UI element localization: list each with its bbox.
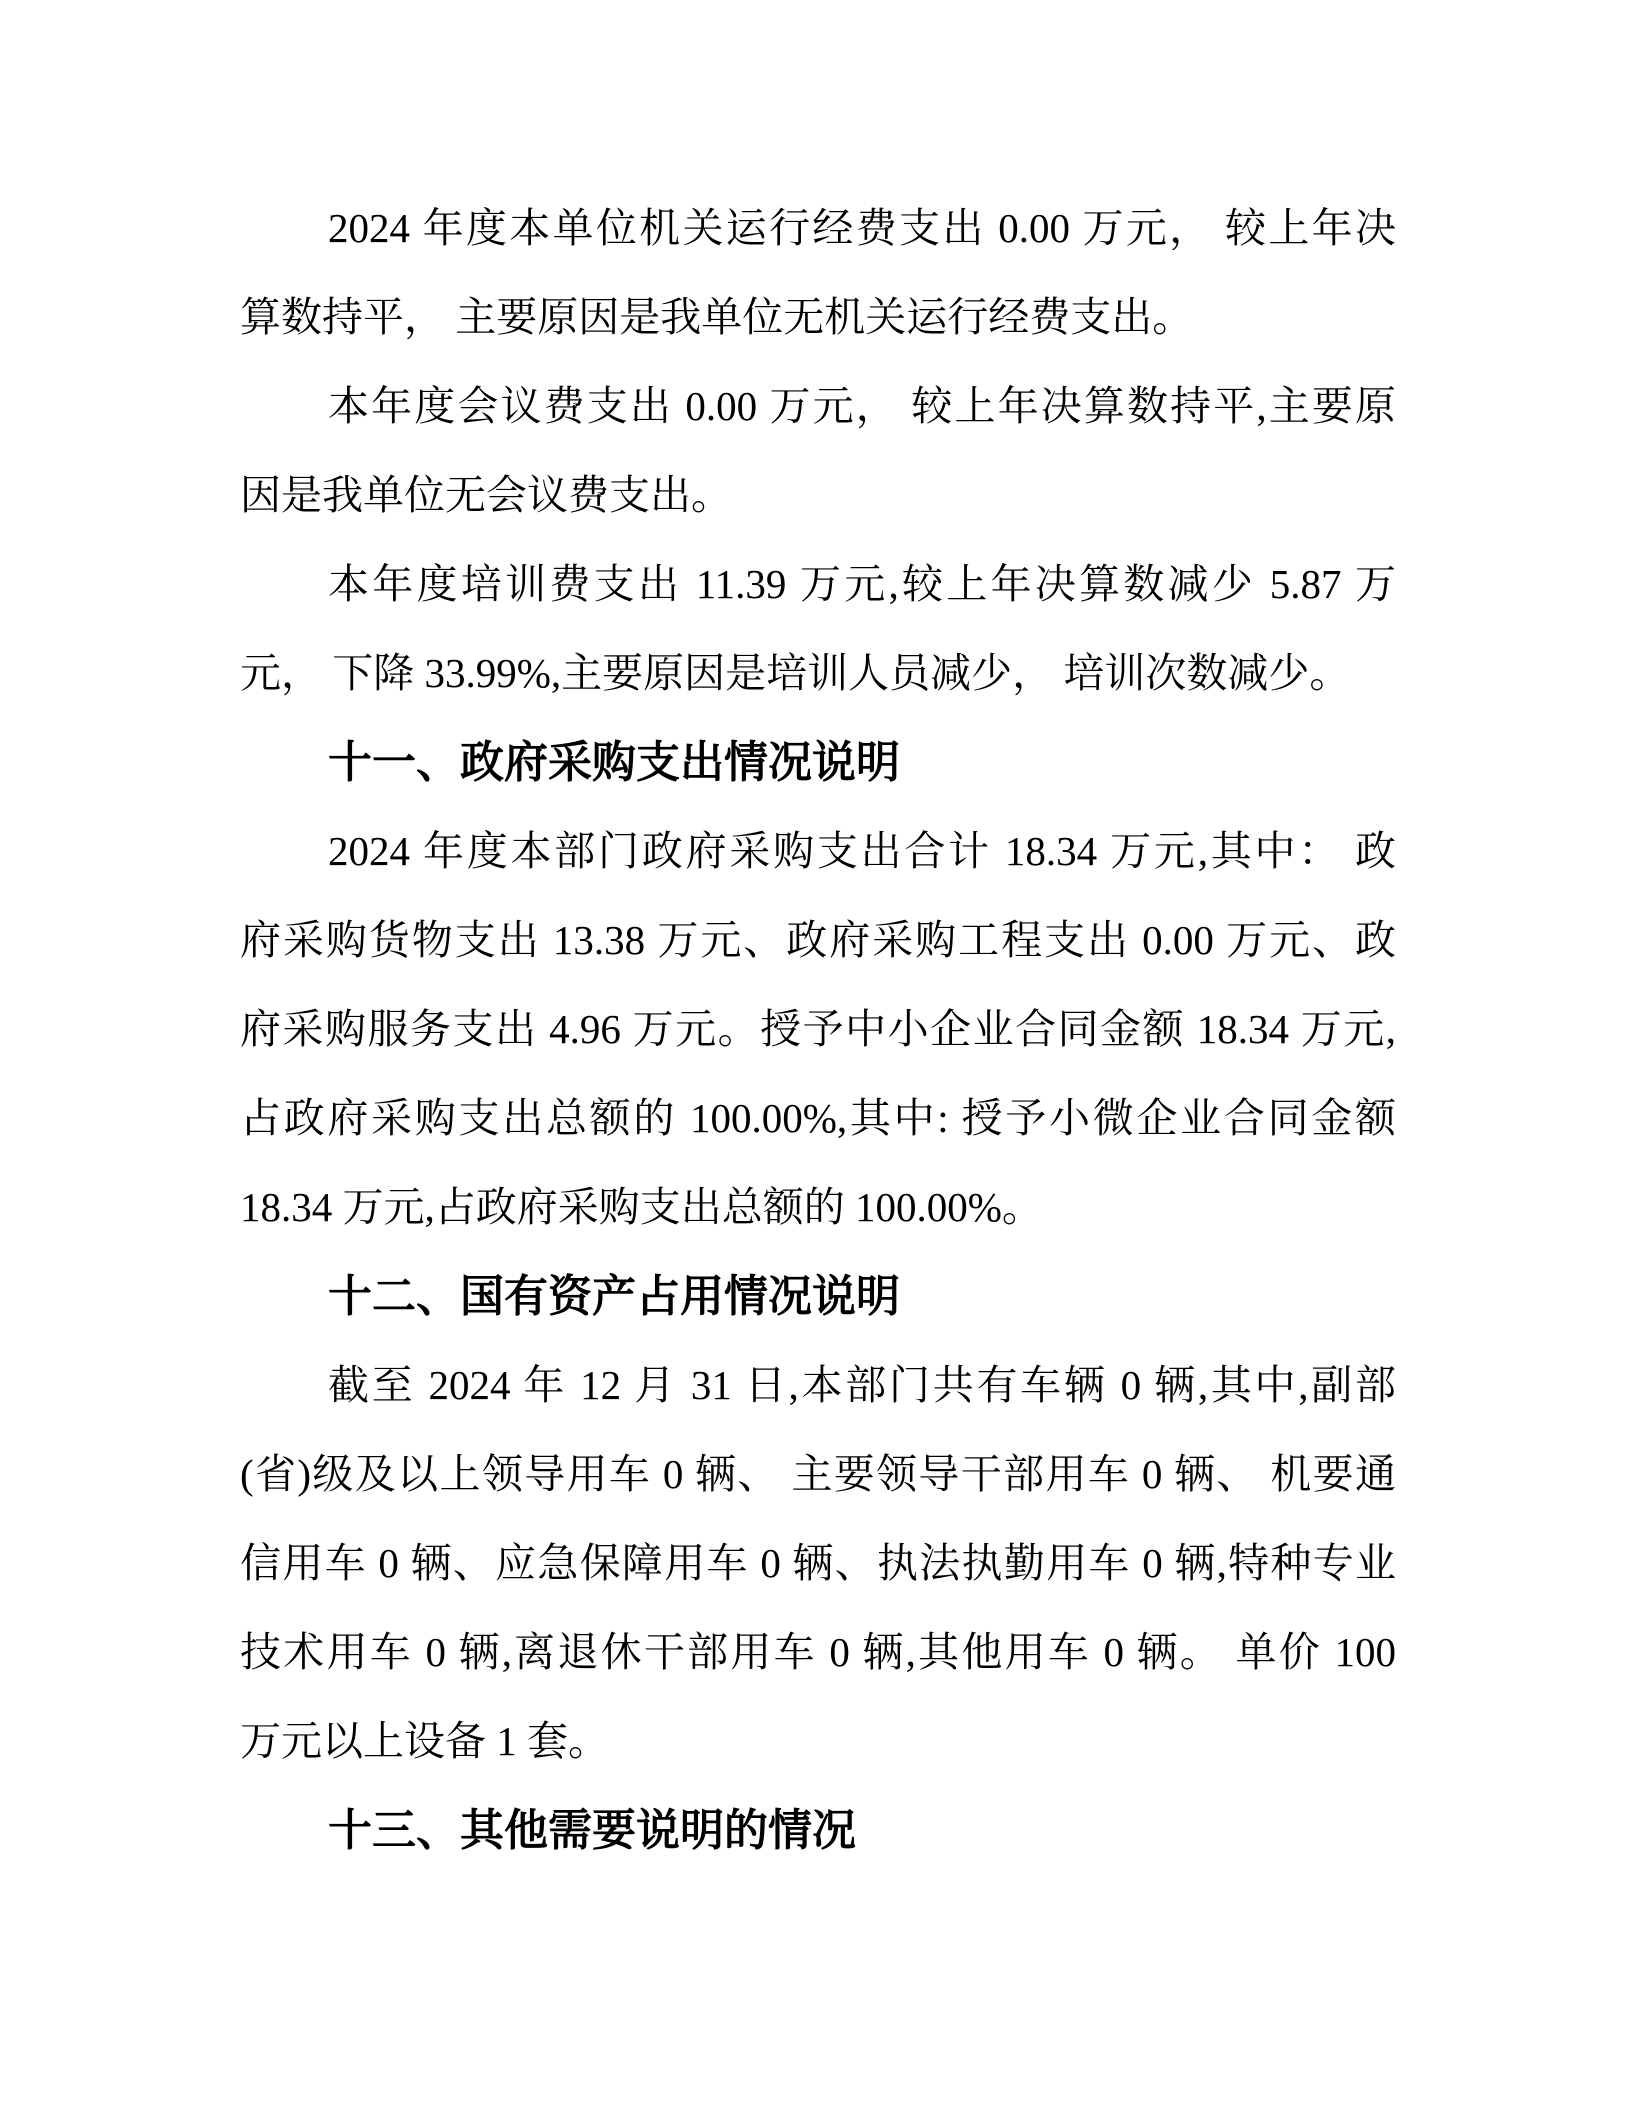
body-line: 占政府采购支出总额的 100.00%,其中: 授予小微企业合同金额 <box>240 1074 1396 1163</box>
body-line: 因是我单位无会议费支出。 <box>240 451 1396 540</box>
body-line: 元， 下降 33.99%,主要原因是培训人员减少， 培训次数减少。 <box>240 629 1396 718</box>
body-line: 2024 年度本单位机关运行经费支出 0.00 万元， 较上年决 <box>240 184 1396 273</box>
body-line: (省)级及以上领导用车 0 辆、 主要领导干部用车 0 辆、 机要通 <box>240 1430 1396 1519</box>
body-line: 技术用车 0 辆,离退休干部用车 0 辆,其他用车 0 辆。 单价 100 <box>240 1608 1396 1697</box>
document-page: 2024 年度本单位机关运行经费支出 0.00 万元， 较上年决 算数持平， 主… <box>0 0 1632 2112</box>
document-text-block: 2024 年度本单位机关运行经费支出 0.00 万元， 较上年决 算数持平， 主… <box>240 184 1396 1875</box>
body-line: 算数持平， 主要原因是我单位无机关运行经费支出。 <box>240 273 1396 362</box>
section-heading-12: 十二、国有资产占用情况说明 <box>240 1252 1396 1341</box>
body-line: 信用车 0 辆、应急保障用车 0 辆、执法执勤用车 0 辆,特种专业 <box>240 1519 1396 1608</box>
body-line: 本年度培训费支出 11.39 万元,较上年决算数减少 5.87 万 <box>240 540 1396 629</box>
section-heading-11: 十一、政府采购支出情况说明 <box>240 718 1396 807</box>
body-line: 2024 年度本部门政府采购支出合计 18.34 万元,其中： 政 <box>240 807 1396 896</box>
body-line: 府采购服务支出 4.96 万元。授予中小企业合同金额 18.34 万元, <box>240 985 1396 1074</box>
body-line: 18.34 万元,占政府采购支出总额的 100.00%。 <box>240 1163 1396 1252</box>
body-line: 万元以上设备 1 套。 <box>240 1697 1396 1786</box>
body-line: 府采购货物支出 13.38 万元、政府采购工程支出 0.00 万元、政 <box>240 896 1396 985</box>
body-line: 截至 2024 年 12 月 31 日,本部门共有车辆 0 辆,其中,副部 <box>240 1341 1396 1430</box>
section-heading-13: 十三、其他需要说明的情况 <box>240 1786 1396 1875</box>
body-line: 本年度会议费支出 0.00 万元， 较上年决算数持平,主要原 <box>240 362 1396 451</box>
